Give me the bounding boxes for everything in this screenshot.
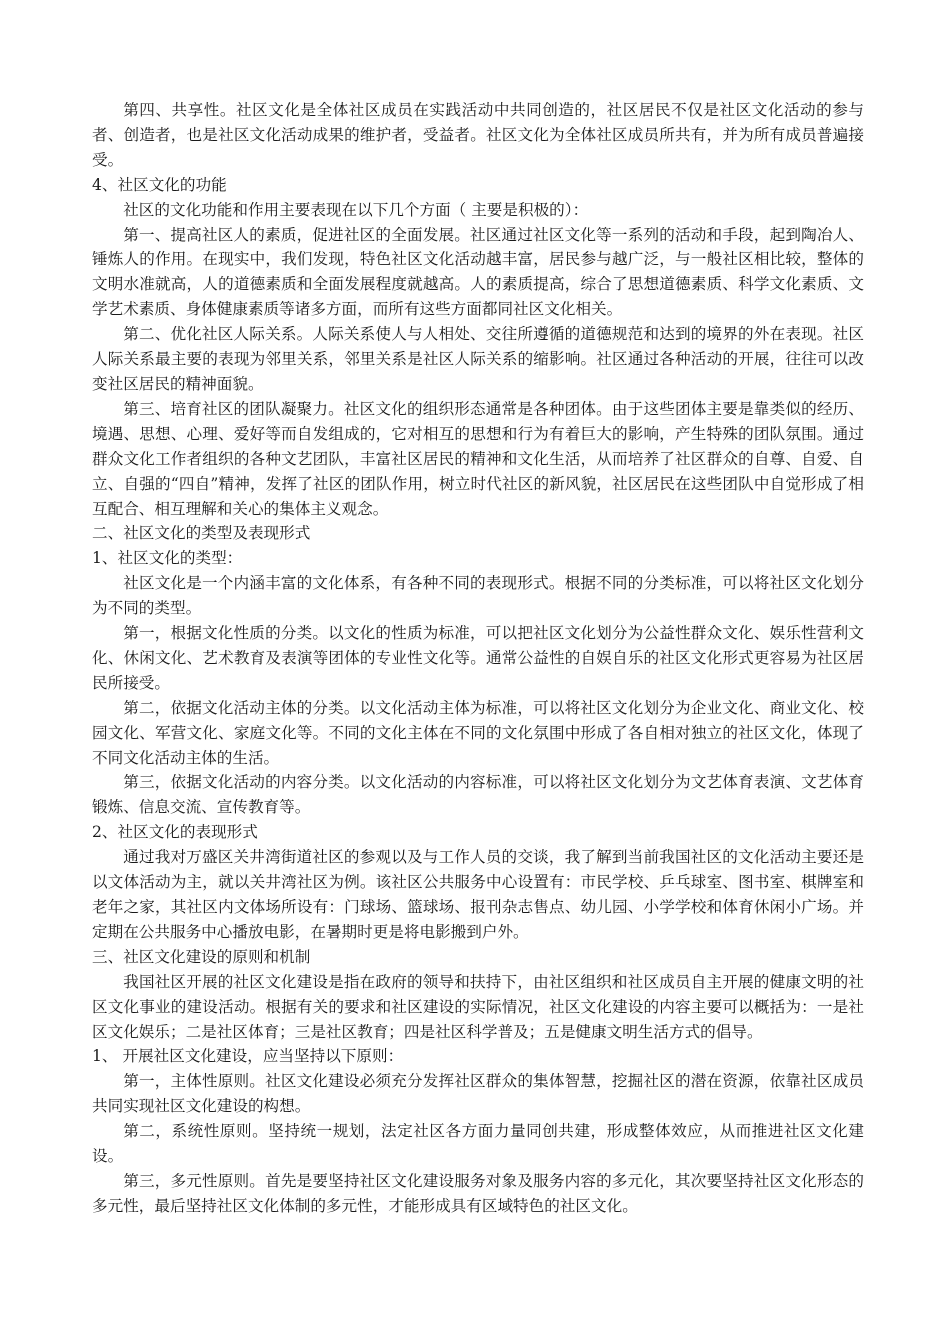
paragraph-function-1: 第一、提高社区人的素质，促进社区的全面发展。社区通过社区文化等一系列的活动和手段… xyxy=(92,223,864,323)
document-page: 第四、共享性。社区文化是全体社区成员在实践活动中共同创造的，社区居民不仅是社区文… xyxy=(92,98,864,1219)
heading-section-2: 二、社区文化的类型及表现形式 xyxy=(92,521,864,546)
heading-principles: 1、 开展社区文化建设，应当坚持以下原则： xyxy=(92,1044,864,1069)
paragraph-types-intro: 社区文化是一个内涵丰富的文化体系，有各种不同的表现形式。根据不同的分类标准，可以… xyxy=(92,571,864,621)
paragraph-construction-intro: 我国社区开展的社区文化建设是指在政府的领导和扶持下，由社区组织和社区成员自主开展… xyxy=(92,970,864,1045)
paragraph-function-2: 第二、优化社区人际关系。人际关系使人与人相处、交往所遵循的道德规范和达到的境界的… xyxy=(92,322,864,397)
heading-forms: 2、社区文化的表现形式 xyxy=(92,820,864,845)
paragraph-type-2: 第二，依据文化活动主体的分类。以文化活动主体为标准，可以将社区文化划分为企业文化… xyxy=(92,696,864,771)
heading-functions: 4、社区文化的功能 xyxy=(92,173,864,198)
paragraph-sharing: 第四、共享性。社区文化是全体社区成员在实践活动中共同创造的，社区居民不仅是社区文… xyxy=(92,98,864,173)
paragraph-functions-intro: 社区的文化功能和作用主要表现在以下几个方面（ 主要是积极的）： xyxy=(92,198,864,223)
heading-types: 1、社区文化的类型： xyxy=(92,546,864,571)
heading-section-3: 三、社区文化建设的原则和机制 xyxy=(92,945,864,970)
paragraph-function-3: 第三、培育社区的团队凝聚力。社区文化的组织形态通常是各种团体。由于这些团体主要是… xyxy=(92,397,864,522)
paragraph-forms: 通过我对万盛区关井湾街道社区的参观以及与工作人员的交谈，我了解到当前我国社区的文… xyxy=(92,845,864,945)
paragraph-type-1: 第一，根据文化性质的分类。以文化的性质为标准，可以把社区文化划分为公益性群众文化… xyxy=(92,621,864,696)
paragraph-type-3: 第三，依据文化活动的内容分类。以文化活动的内容标准，可以将社区文化划分为文艺体育… xyxy=(92,770,864,820)
paragraph-principle-2: 第二，系统性原则。坚持统一规划，法定社区各方面力量同创共建，形成整体效应，从而推… xyxy=(92,1119,864,1169)
paragraph-principle-1: 第一，主体性原则。社区文化建设必须充分发挥社区群众的集体智慧，挖掘社区的潜在资源… xyxy=(92,1069,864,1119)
paragraph-principle-3: 第三，多元性原则。首先是要坚持社区文化建设服务对象及服务内容的多元化，其次要坚持… xyxy=(92,1169,864,1219)
